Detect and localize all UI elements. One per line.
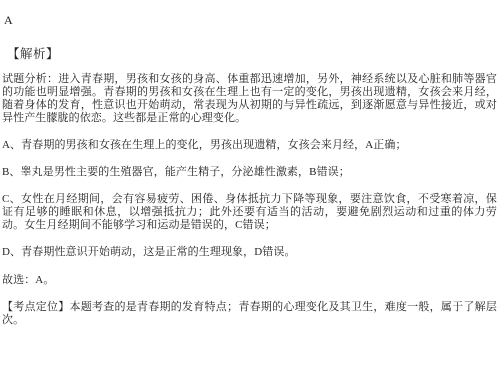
option-b-analysis: B、睾丸是男性主要的生殖器官，能产生精子，分泌雄性激素，B错误； xyxy=(2,166,497,179)
option-c-analysis: C、女性在月经期间，会有容易疲劳、困倦、身体抵抗力下降等现象，要注意饮食，不受寒… xyxy=(2,193,497,232)
exam-point-text: 【考点定位】本题考查的是青春期的发育特点；青春期的心理变化及其卫生，难度一般，属… xyxy=(2,301,497,327)
analysis-section-label: 【解析】 xyxy=(7,47,497,61)
conclusion-text: 故选：A。 xyxy=(2,274,497,287)
analysis-intro-text: 试题分析：进入青春期，男孩和女孩的身高、体重都迅速增加，另外，神经系统以及心脏和… xyxy=(2,73,497,125)
answer-letter: A xyxy=(4,14,497,27)
option-d-analysis: D、青春期性意识开始萌动，这是正常的生理现象，D错误。 xyxy=(2,246,497,259)
option-a-analysis: A、青春期的男孩和女孩在生理上的变化，男孩出现遗精，女孩会来月经，A正确； xyxy=(2,139,497,152)
answer-analysis-document: A 【解析】 试题分析：进入青春期，男孩和女孩的身高、体重都迅速增加，另外，神经… xyxy=(0,0,497,327)
